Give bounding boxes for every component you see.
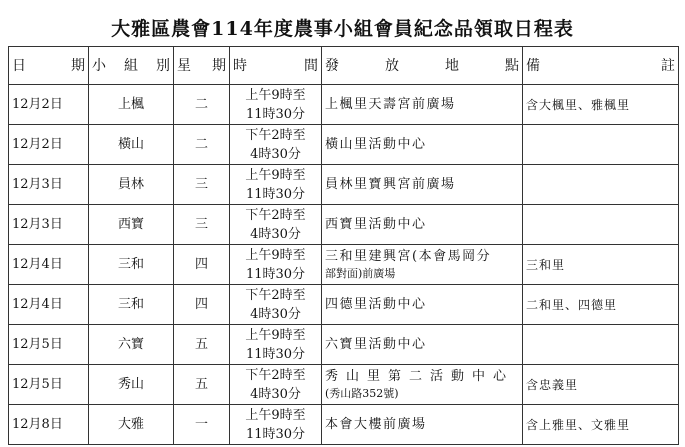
- date-cell: 12月2日: [9, 85, 89, 125]
- table-row: 12月4日 三和 四 上午9時至 11時30分 三和里建興宮(本會馬岡分 部對面…: [9, 245, 679, 285]
- location-cell: 四德里活動中心: [322, 285, 523, 325]
- header-date: 日期: [9, 47, 89, 85]
- table-row: 12月5日 秀山 五 下午2時至 4時30分 秀山里第二活動中心 (秀山路352…: [9, 365, 679, 405]
- time-end: 11時30分: [233, 185, 318, 204]
- weekday-cell: 五: [174, 365, 230, 405]
- table-row: 12月5日 六寶 五 上午9時至 11時30分 六寶里活動中心: [9, 325, 679, 365]
- date-cell: 12月2日: [9, 125, 89, 165]
- time-end: 11時30分: [233, 105, 318, 124]
- group-cell: 秀山: [89, 365, 174, 405]
- time-start: 下午2時至: [233, 206, 318, 225]
- location-sub: (秀山路352號): [325, 385, 519, 402]
- header-group: 小組別: [89, 47, 174, 85]
- note-cell: 含上雅里、文雅里: [523, 405, 679, 445]
- time-start: 上午9時至: [233, 326, 318, 345]
- time-cell: 下午2時至 4時30分: [230, 205, 322, 245]
- note-cell: [523, 325, 679, 365]
- time-start: 上午9時至: [233, 246, 318, 265]
- header-note: 備註: [523, 47, 679, 85]
- location-main: 橫山里活動中心: [325, 137, 427, 152]
- time-start: 下午2時至: [233, 286, 318, 305]
- note-cell: [523, 125, 679, 165]
- location-cell: 六寶里活動中心: [322, 325, 523, 365]
- note-cell: [523, 165, 679, 205]
- time-end: 4時30分: [233, 385, 318, 404]
- header-time: 時間: [230, 47, 322, 85]
- time-end: 11時30分: [233, 345, 318, 364]
- group-cell: 六寶: [89, 325, 174, 365]
- location-main: 本會大樓前廣場: [325, 417, 427, 432]
- date-cell: 12月3日: [9, 205, 89, 245]
- table-row: 12月2日 上楓 二 上午9時至 11時30分 上楓里天壽宮前廣場 含大楓里、雅…: [9, 85, 679, 125]
- date-cell: 12月8日: [9, 405, 89, 445]
- note-cell: [523, 205, 679, 245]
- date-cell: 12月3日: [9, 165, 89, 205]
- weekday-cell: 二: [174, 125, 230, 165]
- note-cell: 含大楓里、雅楓里: [523, 85, 679, 125]
- weekday-cell: 一: [174, 405, 230, 445]
- group-cell: 三和: [89, 285, 174, 325]
- location-cell: 上楓里天壽宮前廣場: [322, 85, 523, 125]
- table-row: 12月3日 西寶 三 下午2時至 4時30分 西寶里活動中心: [9, 205, 679, 245]
- time-cell: 上午9時至 11時30分: [230, 165, 322, 205]
- time-start: 下午2時至: [233, 126, 318, 145]
- weekday-cell: 二: [174, 85, 230, 125]
- note-cell: 含忠義里: [523, 365, 679, 405]
- header-location: 發放地點: [322, 47, 523, 85]
- note-cell: 三和里: [523, 245, 679, 285]
- weekday-cell: 四: [174, 245, 230, 285]
- location-sub: 部對面)前廣場: [325, 265, 519, 282]
- table-row: 12月8日 大雅 一 上午9時至 11時30分 本會大樓前廣場 含上雅里、文雅里: [9, 405, 679, 445]
- schedule-table: 日期 小組別 星期 時間 發放地點 備註 12月2日 上楓 二 上午9時至 11…: [8, 46, 679, 445]
- group-cell: 橫山: [89, 125, 174, 165]
- location-main: 西寶里活動中心: [325, 217, 427, 232]
- location-main: 員林里寶興宮前廣場: [325, 177, 456, 192]
- time-start: 上午9時至: [233, 86, 318, 105]
- time-cell: 上午9時至 11時30分: [230, 245, 322, 285]
- location-cell: 秀山里第二活動中心 (秀山路352號): [322, 365, 523, 405]
- location-cell: 本會大樓前廣場: [322, 405, 523, 445]
- time-cell: 下午2時至 4時30分: [230, 285, 322, 325]
- group-cell: 員林: [89, 165, 174, 205]
- date-cell: 12月4日: [9, 245, 89, 285]
- time-end: 4時30分: [233, 145, 318, 164]
- time-cell: 下午2時至 4時30分: [230, 125, 322, 165]
- weekday-cell: 三: [174, 205, 230, 245]
- time-end: 11時30分: [233, 425, 318, 444]
- location-cell: 員林里寶興宮前廣場: [322, 165, 523, 205]
- table-row: 12月4日 三和 四 下午2時至 4時30分 四德里活動中心 二和里、四德里: [9, 285, 679, 325]
- group-cell: 三和: [89, 245, 174, 285]
- location-main: 上楓里天壽宮前廣場: [325, 97, 456, 112]
- table-row: 12月3日 員林 三 上午9時至 11時30分 員林里寶興宮前廣場: [9, 165, 679, 205]
- location-cell: 橫山里活動中心: [322, 125, 523, 165]
- group-cell: 西寶: [89, 205, 174, 245]
- date-cell: 12月5日: [9, 325, 89, 365]
- note-cell: 二和里、四德里: [523, 285, 679, 325]
- time-start: 上午9時至: [233, 406, 318, 425]
- weekday-cell: 五: [174, 325, 230, 365]
- header-row: 日期 小組別 星期 時間 發放地點 備註: [9, 47, 679, 85]
- time-start: 上午9時至: [233, 166, 318, 185]
- time-start: 下午2時至: [233, 366, 318, 385]
- weekday-cell: 四: [174, 285, 230, 325]
- weekday-cell: 三: [174, 165, 230, 205]
- time-end: 4時30分: [233, 225, 318, 244]
- header-weekday: 星期: [174, 47, 230, 85]
- time-cell: 上午9時至 11時30分: [230, 85, 322, 125]
- location-main: 三和里建興宮(本會馬岡分: [325, 249, 491, 264]
- location-main: 四德里活動中心: [325, 297, 427, 312]
- time-cell: 上午9時至 11時30分: [230, 405, 322, 445]
- location-cell: 三和里建興宮(本會馬岡分 部對面)前廣場: [322, 245, 523, 285]
- table-row: 12月2日 橫山 二 下午2時至 4時30分 橫山里活動中心: [9, 125, 679, 165]
- time-end: 4時30分: [233, 305, 318, 324]
- document-title: 大雅區農會114年度農事小組會員紀念品領取日程表: [0, 14, 685, 41]
- time-end: 11時30分: [233, 265, 318, 284]
- group-cell: 上楓: [89, 85, 174, 125]
- location-cell: 西寶里活動中心: [322, 205, 523, 245]
- location-main: 秀山里第二活動中心: [325, 369, 514, 384]
- date-cell: 12月4日: [9, 285, 89, 325]
- time-cell: 下午2時至 4時30分: [230, 365, 322, 405]
- location-main: 六寶里活動中心: [325, 337, 427, 352]
- date-cell: 12月5日: [9, 365, 89, 405]
- time-cell: 上午9時至 11時30分: [230, 325, 322, 365]
- group-cell: 大雅: [89, 405, 174, 445]
